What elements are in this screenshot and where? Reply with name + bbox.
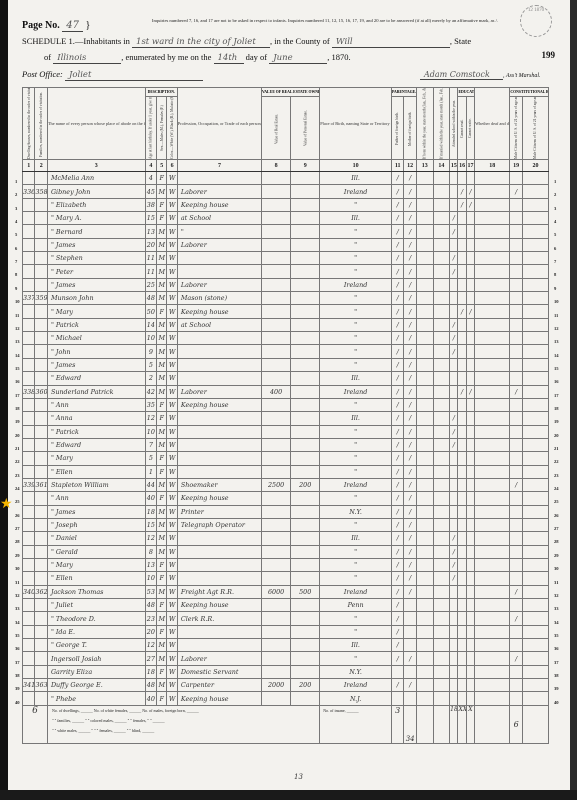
color-cell: W: [167, 358, 177, 371]
father-foreign-mark-cell: /: [391, 518, 403, 531]
disability-cell: [475, 345, 510, 358]
line-number-left: 39: [15, 686, 20, 691]
vote-denied-cell: [522, 185, 548, 198]
age-cell: 15: [145, 518, 156, 531]
line-number-right: 12: [554, 326, 559, 331]
person-name-cell: " James: [47, 278, 145, 291]
age-cell: 12: [145, 639, 156, 652]
cannot-write-mark-cell: [466, 332, 474, 345]
birthplace-cell: Ireland: [320, 679, 392, 692]
mother-foreign-mark-cell: /: [404, 412, 416, 425]
col-19-header: Male Citizens of U. S. of 21 years of ag…: [510, 97, 522, 160]
column-number-1: 1: [23, 160, 35, 172]
born-within-year-cell: [416, 425, 433, 438]
line-number-right: 15: [554, 366, 559, 371]
line-number-left: 21: [15, 446, 20, 451]
birthplace-cell: Ireland: [320, 478, 392, 491]
census-row: 338360Sunderland Patrick42MWLaborer400Ir…: [23, 385, 549, 398]
vote-denied-cell: [522, 478, 548, 491]
cannot-write-mark-cell: [466, 345, 474, 358]
line-number-left: 32: [15, 593, 20, 598]
summary-row: 6 No. of dwellings, ______ No. of white …: [23, 705, 549, 743]
family-number-cell: [35, 372, 47, 385]
census-row: " Phebe40FWKeeping houseN.J.: [23, 692, 549, 705]
personal-estate-value-cell: [291, 332, 320, 345]
cannot-write-mark-cell: [466, 212, 474, 225]
male-citizen-mark-cell: [510, 518, 522, 531]
birthplace-cell: ": [320, 545, 392, 558]
sex-cell: F: [157, 198, 167, 211]
male-citizen-mark-cell: [510, 558, 522, 571]
line-number-right: 23: [554, 473, 559, 478]
cannot-write-mark-cell: [466, 558, 474, 571]
vote-denied-cell: [522, 358, 548, 371]
dwelling-number-cell: [23, 305, 35, 318]
attended-school-mark-cell: /: [450, 545, 458, 558]
born-within-year-cell: [416, 558, 433, 571]
birthplace-cell: ": [320, 452, 392, 465]
disability-cell: [475, 305, 510, 318]
mother-foreign-mark-cell: /: [404, 585, 416, 598]
age-cell: 40: [145, 492, 156, 505]
dwelling-number-cell: [23, 518, 35, 531]
column-number-18: 18: [475, 160, 510, 172]
column-number-14: 14: [433, 160, 450, 172]
real-estate-value-cell: [262, 518, 291, 531]
color-cell: W: [167, 599, 177, 612]
mother-foreign-mark-cell: /: [404, 212, 416, 225]
male-citizen-mark-cell: [510, 172, 522, 185]
born-within-year-cell: [416, 398, 433, 411]
dwelling-number-cell: [23, 639, 35, 652]
personal-estate-value-cell: [291, 425, 320, 438]
age-cell: 10: [145, 332, 156, 345]
family-number-cell: [35, 599, 47, 612]
cannot-read-mark-cell: /: [458, 198, 466, 211]
vote-denied-cell: [522, 465, 548, 478]
vote-denied-cell: [522, 332, 548, 345]
married-within-year-cell: [433, 492, 450, 505]
married-within-year-cell: [433, 212, 450, 225]
father-foreign-mark-cell: /: [391, 572, 403, 585]
dwelling-number-cell: 336: [23, 185, 35, 198]
age-cell: 15: [145, 212, 156, 225]
line-number-right: 38: [554, 673, 559, 678]
person-name-cell: " Joseph: [47, 518, 145, 531]
vote-denied-cell: [522, 265, 548, 278]
line-number-right: 20: [554, 433, 559, 438]
person-name-cell: " John: [47, 345, 145, 358]
disability-cell: [475, 265, 510, 278]
married-within-year-cell: [433, 238, 450, 251]
cannot-read-mark-cell: [458, 518, 466, 531]
married-within-year-cell: [433, 452, 450, 465]
born-within-year-cell: [416, 585, 433, 598]
color-cell: W: [167, 692, 177, 705]
census-row: " Bernard13MW""///: [23, 225, 549, 238]
line-number-right: 37: [554, 660, 559, 665]
cannot-write-mark-cell: [466, 225, 474, 238]
vote-denied-cell: [522, 599, 548, 612]
line-number-right: 28: [554, 539, 559, 544]
occupation-cell: Clerk R.R.: [177, 612, 261, 625]
cannot-read-mark-cell: [458, 425, 466, 438]
male-citizen-mark-cell: [510, 639, 522, 652]
father-foreign-mark-cell: /: [391, 238, 403, 251]
vote-denied-cell: [522, 452, 548, 465]
line-number-left: 18: [15, 406, 20, 411]
born-within-year-cell: [416, 292, 433, 305]
age-cell: 13: [145, 225, 156, 238]
occupation-cell: Carpenter: [177, 679, 261, 692]
personal-estate-value-cell: [291, 625, 320, 638]
constitutional-group-header: CONSTITUTIONAL RELATIONS.: [510, 88, 549, 97]
dwelling-number-cell: [23, 265, 35, 278]
vote-denied-cell: [522, 198, 548, 211]
family-number-cell: [35, 332, 47, 345]
line-number-right: 30: [554, 566, 559, 571]
person-name-cell: " Ida E.: [47, 625, 145, 638]
birthplace-cell: Penn: [320, 599, 392, 612]
father-foreign-mark-cell: /: [391, 639, 403, 652]
col-8-header: Value of Real Estate.: [262, 97, 291, 160]
mother-foreign-mark-cell: /: [404, 332, 416, 345]
column-number-7: 7: [177, 160, 261, 172]
person-name-cell: " Ann: [47, 492, 145, 505]
line-number-right: 22: [554, 459, 559, 464]
real-estate-value-cell: [262, 692, 291, 705]
line-number-right: 14: [554, 353, 559, 358]
line-number-left: 37: [15, 660, 20, 665]
line-number-right: 17: [554, 393, 559, 398]
father-foreign-mark-cell: /: [391, 478, 403, 491]
personal-estate-value-cell: 500: [291, 585, 320, 598]
birthplace-cell: ": [320, 398, 392, 411]
line-number-left: 33: [15, 606, 20, 611]
married-within-year-cell: [433, 398, 450, 411]
census-row: " Peter11MW"///: [23, 265, 549, 278]
male-citizen-mark-cell: [510, 532, 522, 545]
census-row: Garrity Eliza18FWDomestic ServantN.Y.: [23, 665, 549, 678]
attended-school-mark-cell: /: [450, 265, 458, 278]
real-estate-value-cell: [262, 332, 291, 345]
occupation-cell: Keeping house: [177, 692, 261, 705]
birthplace-cell: ": [320, 238, 392, 251]
real-estate-value-cell: [262, 652, 291, 665]
personal-estate-value-cell: [291, 665, 320, 678]
married-within-year-cell: [433, 545, 450, 558]
family-number-cell: [35, 665, 47, 678]
line-number-right: 25: [554, 499, 559, 504]
family-number-cell: [35, 492, 47, 505]
attended-school-mark-cell: [450, 398, 458, 411]
schedule-line: SCHEDULE 1.—Inhabitants in 1st ward in t…: [22, 36, 471, 48]
day-field: 14th: [214, 53, 244, 64]
line-number-left: 15: [15, 366, 20, 371]
father-foreign-mark-cell: /: [391, 318, 403, 331]
census-row: " James20MWLaborer"//: [23, 238, 549, 251]
personal-estate-value-cell: [291, 572, 320, 585]
vote-denied-cell: [522, 558, 548, 571]
mother-foreign-mark-cell: /: [404, 185, 416, 198]
person-name-cell: " James: [47, 358, 145, 371]
age-cell: 12: [145, 412, 156, 425]
cannot-read-mark-cell: [458, 212, 466, 225]
column-number-9: 9: [291, 160, 320, 172]
cannot-read-mark-cell: /: [458, 185, 466, 198]
person-name-cell: " George T.: [47, 639, 145, 652]
father-foreign-mark-cell: /: [391, 172, 403, 185]
real-estate-value-cell: [262, 412, 291, 425]
line-number-left: 9: [15, 286, 17, 291]
census-row: " Patrick14MWat School"///: [23, 318, 549, 331]
personal-estate-value-cell: [291, 505, 320, 518]
born-within-year-cell: [416, 452, 433, 465]
real-estate-value-cell: [262, 505, 291, 518]
family-number-cell: [35, 358, 47, 371]
summary-counts: No. of dwellings, ______ No. of white fe…: [47, 705, 319, 743]
cannot-write-mark-cell: [466, 318, 474, 331]
married-within-year-cell: [433, 505, 450, 518]
sex-cell: M: [157, 265, 167, 278]
birthplace-cell: ": [320, 225, 392, 238]
cannot-read-mark-cell: /: [458, 305, 466, 318]
personal-estate-value-cell: [291, 492, 320, 505]
occupation-cell: at School: [177, 212, 261, 225]
line-number-left: 13: [15, 339, 20, 344]
born-within-year-cell: [416, 532, 433, 545]
person-name-cell: Stapleton William: [47, 478, 145, 491]
line-number-right: 5: [554, 232, 556, 237]
born-within-year-cell: [416, 505, 433, 518]
column-number-12: 12: [404, 160, 416, 172]
birthplace-cell: N.Y.: [320, 665, 392, 678]
born-within-year-cell: [416, 692, 433, 705]
married-within-year-cell: [433, 372, 450, 385]
age-cell: 18: [145, 505, 156, 518]
column-number-11: 11: [391, 160, 403, 172]
cannot-write-mark-cell: [466, 652, 474, 665]
born-within-year-cell: [416, 492, 433, 505]
col-20-header: Male Citizens of U. S. of 21 years of ag…: [522, 97, 548, 160]
age-cell: 35: [145, 398, 156, 411]
person-name-cell: " Elizabeth: [47, 198, 145, 211]
real-estate-value-cell: [262, 572, 291, 585]
description-group-header: DESCRIPTION.: [145, 88, 177, 97]
person-name-cell: " Patrick: [47, 425, 145, 438]
born-within-year-cell: [416, 372, 433, 385]
personal-estate-value-cell: [291, 385, 320, 398]
married-within-year-cell: [433, 265, 450, 278]
education-group-header: EDUCATION.: [458, 88, 475, 97]
sex-cell: F: [157, 212, 167, 225]
attended-school-mark-cell: [450, 478, 458, 491]
disability-cell: [475, 198, 510, 211]
born-within-year-cell: [416, 465, 433, 478]
person-name-cell: " Michael: [47, 332, 145, 345]
age-cell: 1: [145, 465, 156, 478]
vote-denied-cell: [522, 679, 548, 692]
attended-school-mark-cell: /: [450, 212, 458, 225]
tally-col-17: X: [466, 705, 474, 743]
married-within-year-cell: [433, 305, 450, 318]
dwelling-number-cell: [23, 505, 35, 518]
family-number-cell: 362: [35, 585, 47, 598]
male-citizen-mark-cell: [510, 212, 522, 225]
census-row: " Theodore D.23MWClerk R.R."//: [23, 612, 549, 625]
attended-school-mark-cell: [450, 238, 458, 251]
line-number-left: 8: [15, 272, 17, 277]
personal-estate-value-cell: [291, 185, 320, 198]
born-within-year-cell: [416, 265, 433, 278]
real-estate-value-cell: [262, 492, 291, 505]
mother-foreign-mark-cell: /: [404, 305, 416, 318]
occupation-cell: [177, 438, 261, 451]
cannot-read-mark-cell: [458, 679, 466, 692]
father-foreign-mark-cell: /: [391, 398, 403, 411]
line-number-left: 25: [15, 499, 20, 504]
father-foreign-mark-cell: /: [391, 332, 403, 345]
tally-col-11: 3: [391, 705, 403, 743]
cannot-read-mark-cell: [458, 172, 466, 185]
cannot-write-mark-cell: [466, 358, 474, 371]
parentage-group-header: PARENTAGE.: [391, 88, 416, 97]
line-number-left: 24: [15, 486, 20, 491]
occupation-cell: Keeping house: [177, 305, 261, 318]
real-estate-value-cell: [262, 612, 291, 625]
line-number-left: 7: [15, 259, 17, 264]
attended-school-mark-cell: [450, 679, 458, 692]
sex-cell: F: [157, 558, 167, 571]
cannot-read-mark-cell: [458, 652, 466, 665]
personal-estate-value-cell: [291, 398, 320, 411]
cannot-write-mark-cell: [466, 585, 474, 598]
male-citizen-mark-cell: [510, 252, 522, 265]
occupation-cell: Mason (stone): [177, 292, 261, 305]
disability-cell: [475, 465, 510, 478]
age-cell: 11: [145, 252, 156, 265]
post-office-line: Post Office: Joliet: [22, 69, 203, 81]
age-cell: 20: [145, 238, 156, 251]
person-name-cell: " Edward: [47, 372, 145, 385]
cannot-read-mark-cell: [458, 505, 466, 518]
age-cell: 44: [145, 478, 156, 491]
disability-cell: [475, 412, 510, 425]
cannot-read-mark-cell: [458, 532, 466, 545]
personal-estate-value-cell: [291, 599, 320, 612]
column-number-8: 8: [262, 160, 291, 172]
vote-denied-cell: [522, 292, 548, 305]
married-within-year-cell: [433, 412, 450, 425]
personal-estate-value-cell: [291, 532, 320, 545]
vote-denied-cell: [522, 225, 548, 238]
census-row: " Ellen1FW"//: [23, 465, 549, 478]
marshal-name: Adam Comstock: [420, 70, 503, 80]
birthplace-cell: ": [320, 265, 392, 278]
father-foreign-mark-cell: /: [391, 292, 403, 305]
real-estate-value-cell: [262, 318, 291, 331]
mother-foreign-mark-cell: /: [404, 572, 416, 585]
color-cell: W: [167, 518, 177, 531]
married-within-year-cell: [433, 612, 450, 625]
col-13-header: If born within the year, state month (Ja…: [416, 88, 433, 160]
occupation-cell: [177, 465, 261, 478]
sex-cell: M: [157, 612, 167, 625]
age-cell: 18: [145, 665, 156, 678]
color-cell: W: [167, 292, 177, 305]
family-number-cell: [35, 345, 47, 358]
mother-foreign-mark-cell: /: [404, 358, 416, 371]
person-name-cell: " Gerald: [47, 545, 145, 558]
attended-school-mark-cell: /: [450, 225, 458, 238]
birthplace-cell: Ill.: [320, 372, 392, 385]
mother-foreign-mark-cell: /: [404, 265, 416, 278]
state-field: Illinois: [53, 53, 121, 64]
male-citizen-mark-cell: /: [510, 478, 522, 491]
disability-cell: [475, 452, 510, 465]
real-estate-value-cell: [262, 172, 291, 185]
cannot-write-mark-cell: /: [466, 305, 474, 318]
sex-cell: M: [157, 185, 167, 198]
cannot-write-mark-cell: [466, 518, 474, 531]
occupation-cell: [177, 372, 261, 385]
mother-foreign-mark-cell: /: [404, 478, 416, 491]
cannot-read-mark-cell: [458, 478, 466, 491]
male-citizen-mark-cell: [510, 265, 522, 278]
summary-line-1: No. of dwellings, ______ No. of white fe…: [52, 706, 319, 716]
sex-cell: M: [157, 225, 167, 238]
family-number-cell: [35, 198, 47, 211]
family-number-cell: [35, 452, 47, 465]
married-within-year-cell: [433, 438, 450, 451]
born-within-year-cell: [416, 238, 433, 251]
insane-count: No. of insane, ______: [320, 705, 392, 743]
male-citizen-mark-cell: [510, 278, 522, 291]
column-number-6: 6: [167, 160, 177, 172]
attended-school-mark-cell: [450, 692, 458, 705]
attended-school-mark-cell: [450, 492, 458, 505]
line-number-left: 30: [15, 566, 20, 571]
real-estate-value-cell: 2500: [262, 478, 291, 491]
personal-estate-value-cell: [291, 225, 320, 238]
cannot-read-mark-cell: [458, 599, 466, 612]
vote-denied-cell: [522, 518, 548, 531]
summary-line-2: " " families, ______ " " colored males, …: [52, 716, 319, 726]
color-cell: W: [167, 572, 177, 585]
attended-school-mark-cell: [450, 625, 458, 638]
person-name-cell: " Theodore D.: [47, 612, 145, 625]
father-foreign-mark-cell: /: [391, 612, 403, 625]
occupation-cell: Domestic Servant: [177, 665, 261, 678]
person-name-cell: " Peter: [47, 265, 145, 278]
census-row: " Edward2MWIll.//: [23, 372, 549, 385]
married-within-year-cell: [433, 639, 450, 652]
color-cell: W: [167, 425, 177, 438]
dwelling-number-cell: 339: [23, 478, 35, 491]
birthplace-cell: ": [320, 465, 392, 478]
real-estate-value-cell: [262, 452, 291, 465]
personal-estate-value-cell: [291, 345, 320, 358]
line-number-right: 21: [554, 446, 559, 451]
disability-cell: [475, 572, 510, 585]
married-within-year-cell: [433, 252, 450, 265]
bookmark-star-icon[interactable]: ★: [0, 498, 14, 512]
real-estate-value-cell: [262, 425, 291, 438]
family-number-cell: [35, 265, 47, 278]
age-cell: 5: [145, 358, 156, 371]
line-number-left: 28: [15, 539, 20, 544]
personal-estate-value-cell: [291, 652, 320, 665]
